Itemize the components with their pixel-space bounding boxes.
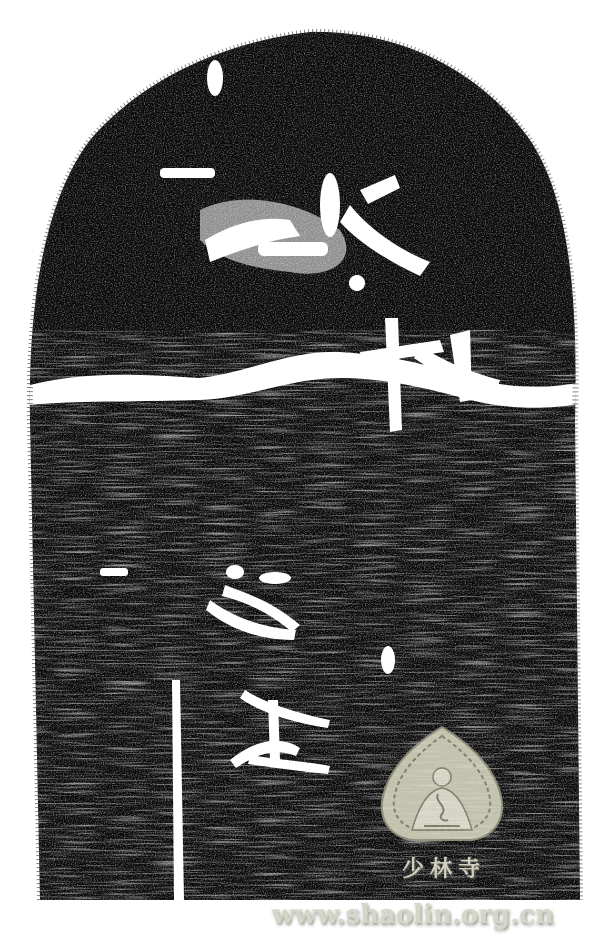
watermark-characters: 少林寺 — [384, 852, 504, 883]
shaolin-logo-icon — [372, 722, 512, 852]
watermark-url: www.shaolin.org.cn — [272, 900, 600, 930]
